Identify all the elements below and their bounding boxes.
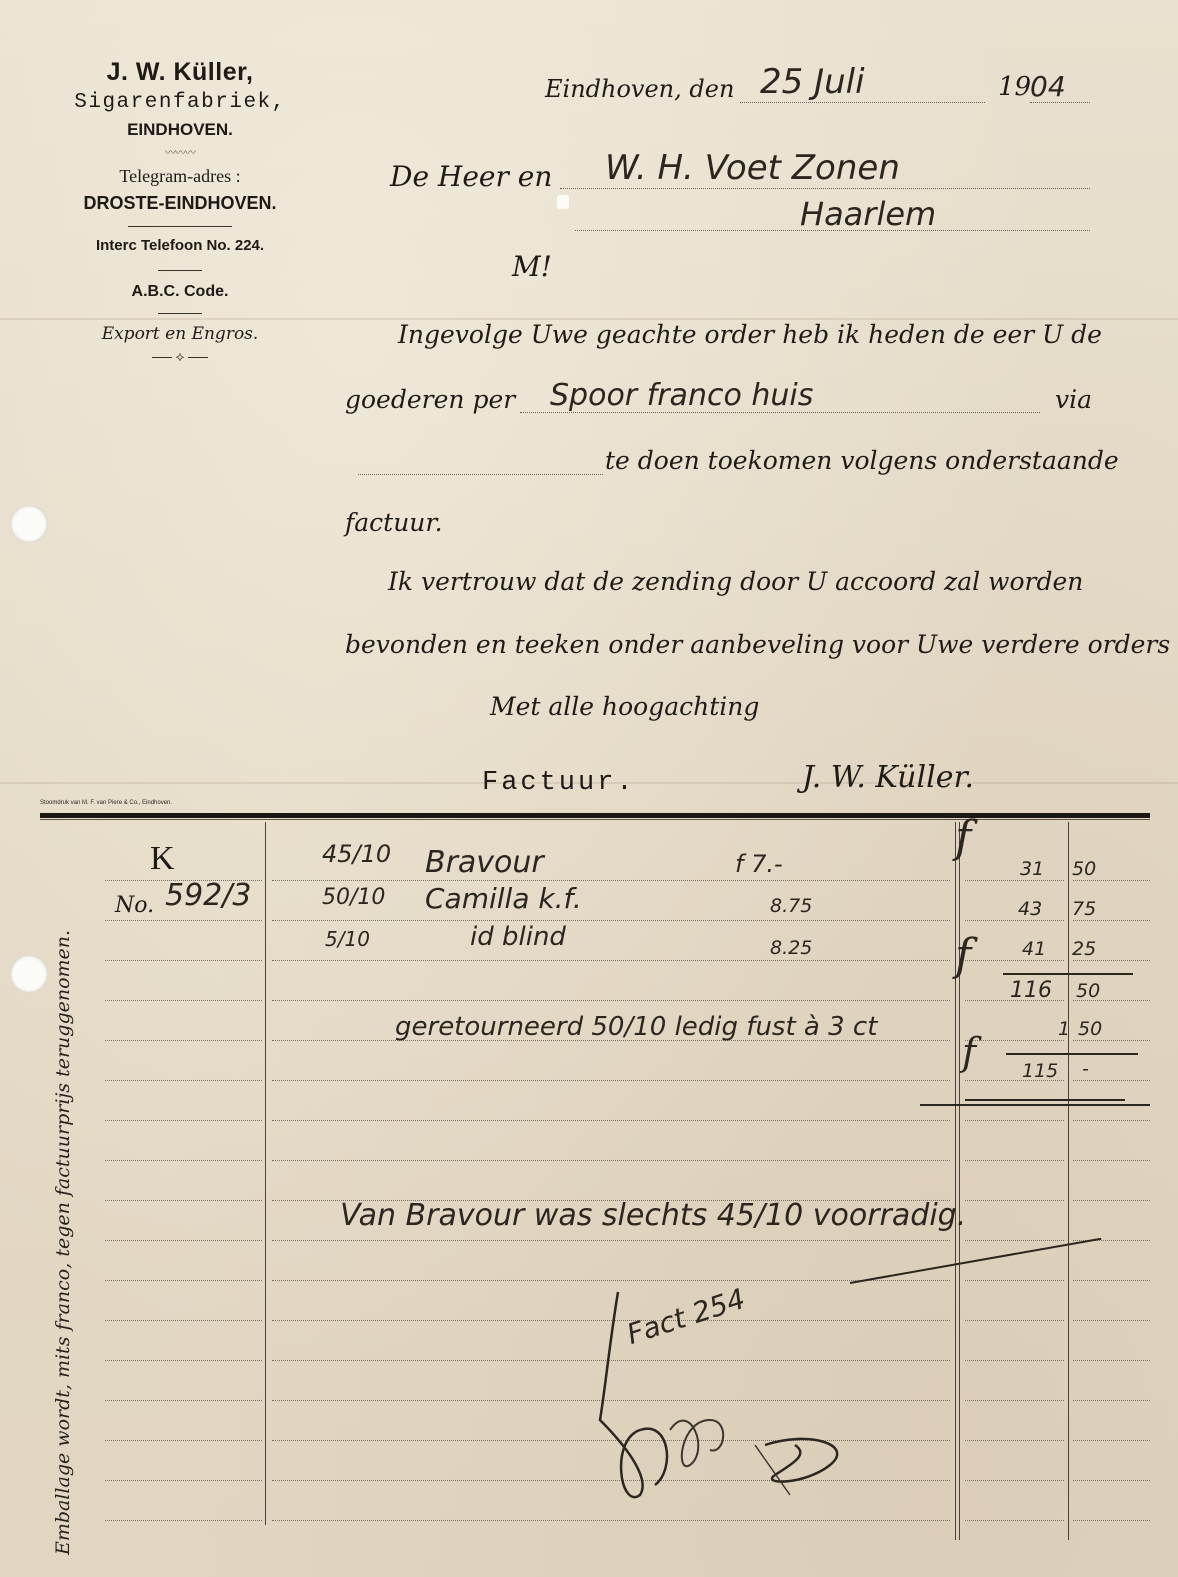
ruled-row-line <box>272 1120 950 1121</box>
trade-type: Export en Engros. <box>30 324 330 344</box>
ruled-row-line <box>1073 1040 1150 1041</box>
ruled-row-line <box>965 1240 1064 1241</box>
year-dotted-line <box>1030 102 1090 103</box>
deduction-guilders: 1 <box>1058 1018 1070 1040</box>
letter-body-line-1: Ingevolge Uwe geachte order heb ik heden… <box>398 320 1102 349</box>
phone-number: Interc Telefoon No. 224. <box>30 237 330 254</box>
greeting: M! <box>512 250 552 283</box>
date-year-prefix: 19 <box>998 72 1031 102</box>
ruled-row-line <box>965 920 1064 921</box>
recipient-city: Haarlem <box>800 195 936 233</box>
date-year-suffix: 04 <box>1030 70 1066 103</box>
ruled-row-line <box>272 960 950 961</box>
item-quantity: 50/10 <box>322 885 385 910</box>
ruled-row-line <box>105 1200 262 1201</box>
salutation-prefix: De Heer en <box>390 160 552 193</box>
recipient-name: W. H. Voet Zonen <box>605 148 900 188</box>
ruled-row-line <box>105 1440 262 1441</box>
ruled-row-line <box>965 960 1064 961</box>
deduction-cents: 50 <box>1078 1018 1102 1040</box>
invoice-number-label: No. <box>115 893 154 918</box>
pin-hole <box>557 195 569 209</box>
via-dotted-line <box>358 474 603 475</box>
ruled-row-line <box>105 920 262 921</box>
subtotal-cents: 50 <box>1076 980 1100 1002</box>
item-quantity: 5/10 <box>325 927 370 951</box>
letter-body-line-3: te doen toekomen volgens onderstaande <box>605 446 1119 475</box>
column-divider <box>265 822 266 1525</box>
returned-packaging-note: geretourneerd 50/10 ledig fust à 3 ct <box>395 1012 877 1042</box>
recipient-dotted-line <box>560 188 1090 189</box>
ruled-row-line <box>105 1000 262 1001</box>
item-amount-guilders: 41 <box>1022 938 1046 960</box>
ruled-row-line <box>1073 1400 1150 1401</box>
telegram-address: DROSTE-EINDHOVEN. <box>30 193 330 214</box>
closing: Met alle hoogachting <box>490 692 759 721</box>
punch-hole <box>10 955 48 993</box>
date-dotted-line <box>740 102 985 103</box>
ruled-row-line <box>1073 1120 1150 1121</box>
paraph-signature-icon <box>580 1280 860 1510</box>
ruled-row-line <box>1073 1160 1150 1161</box>
ruled-row-line <box>272 1240 950 1241</box>
ruled-row-line <box>965 1320 1064 1321</box>
ruled-row-line <box>965 1440 1064 1441</box>
item-description: Bravour <box>425 845 544 880</box>
ruled-row-line <box>965 1360 1064 1361</box>
punch-hole <box>10 505 48 543</box>
ruled-row-line <box>105 1360 262 1361</box>
total-cents: - <box>1082 1058 1089 1080</box>
item-description: Camilla k.f. <box>425 882 582 915</box>
letter-body-line-6: bevonden en teeken onder aanbeveling voo… <box>345 630 1170 659</box>
item-amount-guilders: 31 <box>1020 858 1044 880</box>
ruled-row-line <box>105 1400 262 1401</box>
ruled-row-line <box>1073 1200 1150 1201</box>
company-name: J. W. Küller, <box>30 58 330 87</box>
ruled-row-line <box>965 1400 1064 1401</box>
ruled-row-line <box>272 1520 950 1521</box>
ruled-row-line <box>965 1200 1064 1201</box>
ruled-row-line <box>105 1160 262 1161</box>
ruled-row-line <box>272 920 950 921</box>
ruled-row-line <box>1073 920 1150 921</box>
item-description: id blind <box>470 922 566 952</box>
subtotal-rule <box>1003 973 1133 975</box>
ruled-row-line <box>272 1160 950 1161</box>
ruled-row-line <box>1073 1520 1150 1521</box>
total-guilders: 115 <box>1022 1060 1058 1082</box>
column-divider <box>1068 822 1069 1540</box>
flourish-ornament-icon: ⟡ <box>30 350 330 366</box>
divider <box>158 270 202 271</box>
invoice-number-value: 592/3 <box>165 878 251 913</box>
date-day-month: 25 Juli <box>760 62 865 102</box>
ruled-row-line <box>105 960 262 961</box>
company-city: EINDHOVEN. <box>30 120 330 140</box>
letter-body-line-2-prefix: goederen per <box>345 385 515 414</box>
double-underline <box>920 1104 1150 1106</box>
ruled-row-line <box>965 1040 1064 1041</box>
ruled-row-line <box>105 1520 262 1521</box>
ruled-row-line <box>1073 960 1150 961</box>
divider <box>128 226 232 227</box>
ruled-row-line <box>105 1040 262 1041</box>
florin-sign-icon: f <box>955 930 971 981</box>
printed-signature: J. W. Küller. <box>802 760 974 795</box>
ruled-row-line <box>965 880 1064 881</box>
shipping-method: Spoor franco huis <box>550 378 813 413</box>
item-price: 8.25 <box>770 937 812 959</box>
ruled-row-line <box>1073 880 1150 881</box>
ruled-row-line <box>105 1080 262 1081</box>
item-amount-cents: 50 <box>1072 858 1096 880</box>
table-top-rule <box>40 813 1150 818</box>
invoice-mark: K <box>150 840 175 878</box>
ruled-row-line <box>965 1120 1064 1121</box>
divider <box>158 313 202 314</box>
item-amount-guilders: 43 <box>1018 898 1042 920</box>
ruled-row-line <box>1073 1280 1150 1281</box>
ruled-row-line <box>1073 1080 1150 1081</box>
ruled-row-line <box>272 1080 950 1081</box>
telegram-label: Telegram-adres : <box>30 166 330 187</box>
florin-sign-icon: f <box>955 812 971 863</box>
place-date-prefix: Eindhoven, den <box>545 75 734 103</box>
letterhead: J. W. Küller, Sigarenfabriek, EINDHOVEN.… <box>30 58 330 366</box>
ruled-row-line <box>105 1480 262 1481</box>
subtotal-guilders: 116 <box>1010 978 1052 1003</box>
ruled-row-line <box>965 1520 1064 1521</box>
packaging-note: Emballage wordt, mits franco, tegen fact… <box>52 930 74 1555</box>
ruled-row-line <box>272 1000 950 1001</box>
item-price: 8.75 <box>770 895 812 917</box>
telegraph-code: A.B.C. Code. <box>30 283 330 301</box>
ruled-row-line <box>272 880 950 881</box>
stock-remark: Van Bravour was slechts 45/10 voorradig. <box>340 1198 966 1233</box>
double-underline <box>965 1099 1125 1101</box>
letter-body-line-2-suffix: via <box>1055 385 1092 414</box>
ruled-row-line <box>105 1120 262 1121</box>
ruled-row-line <box>965 1480 1064 1481</box>
ruled-row-line <box>965 1160 1064 1161</box>
ruled-row-line <box>105 1240 262 1241</box>
ruled-row-line <box>105 1280 262 1281</box>
company-business: Sigarenfabriek, <box>30 91 330 114</box>
total-rule <box>1006 1053 1138 1055</box>
letter-body-line-5: Ik vertrouw dat de zending door U accoor… <box>388 567 1083 596</box>
wave-ornament-icon: 〰〰〰 <box>30 144 330 160</box>
letter-body-line-4: factuur. <box>345 508 443 537</box>
item-amount-cents: 25 <box>1072 938 1096 960</box>
item-amount-cents: 75 <box>1072 898 1096 920</box>
invoice-title: Factuur. <box>482 768 636 798</box>
ruled-row-line <box>1073 1360 1150 1361</box>
table-top-rule-thin <box>40 819 1150 820</box>
printer-credit: Stoomdruk van M. F. van Piere & Co., Ein… <box>40 800 172 806</box>
florin-sign-icon: f <box>962 1030 976 1074</box>
ruled-row-line <box>1073 1480 1150 1481</box>
ruled-row-line <box>1073 1440 1150 1441</box>
item-quantity: 45/10 <box>322 840 391 868</box>
item-price: f 7.- <box>735 850 783 878</box>
ruled-row-line <box>105 1320 262 1321</box>
ruled-row-line <box>1073 1320 1150 1321</box>
ruled-row-line <box>965 1280 1064 1281</box>
